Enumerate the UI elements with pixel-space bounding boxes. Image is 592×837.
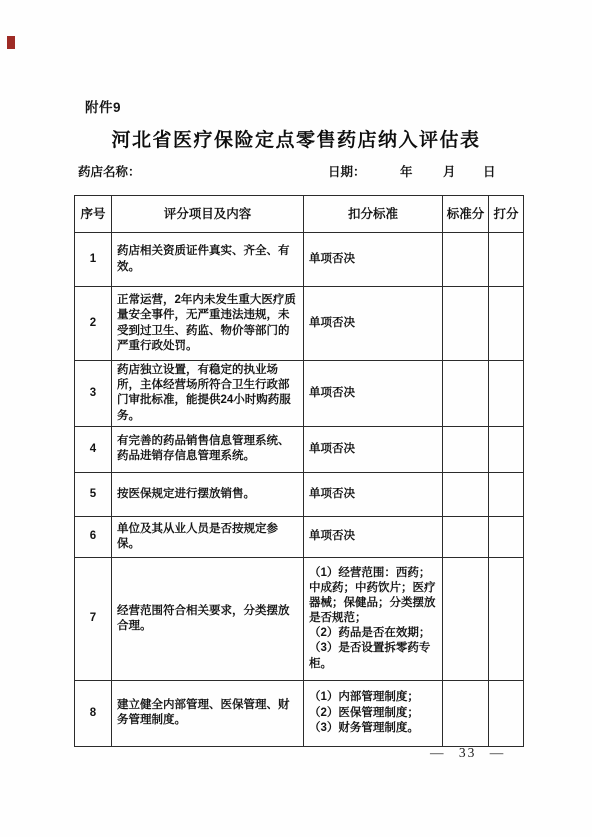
- row-score: [489, 426, 524, 472]
- row-score: [489, 516, 524, 557]
- row-no: 4: [75, 426, 112, 472]
- row-item: 药店独立设置，有稳定的执业场所，主体经营场所符合卫生行政部门审批标准，能提供24…: [112, 361, 304, 427]
- row-standard: （1）内部管理制度； （2）医保管理制度； （3）财务管理制度。: [304, 680, 443, 746]
- row-item: 建立健全内部管理、医保管理、财务管理制度。: [112, 680, 304, 746]
- row-no: 2: [75, 287, 112, 361]
- header-item: 评分项目及内容: [112, 196, 304, 233]
- row-standard: （1）经营范围：西药；中成药；中药饮片；医疗器械；保健品；分类摆放是否规范； （…: [304, 557, 443, 680]
- evaluation-table: 序号 评分项目及内容 扣分标准 标准分 打分 1 药店相关资质证件真实、齐全、有…: [74, 195, 524, 747]
- row-standard: 单项否决: [304, 516, 443, 557]
- row-standard: 单项否决: [304, 361, 443, 427]
- table-row: 6 单位及其从业人员是否按规定参保。 单项否决: [75, 516, 524, 557]
- attachment-label: 附件9: [85, 96, 121, 116]
- row-score: [489, 287, 524, 361]
- row-standard-score: [443, 426, 489, 472]
- date-month-label: 月: [443, 162, 456, 180]
- row-no: 1: [75, 233, 112, 287]
- date-label: 日期：: [328, 162, 366, 180]
- date-day-label: 日: [483, 162, 496, 180]
- row-no: 6: [75, 516, 112, 557]
- row-standard-score: [443, 516, 489, 557]
- row-item: 药店相关资质证件真实、齐全、有效。: [112, 233, 304, 287]
- row-item: 经营范围符合相关要求，分类摆放合理。: [112, 557, 304, 680]
- row-score: [489, 680, 524, 746]
- row-no: 8: [75, 680, 112, 746]
- row-score: [489, 557, 524, 680]
- row-score: [489, 472, 524, 516]
- page-title: 河北省医疗保险定点零售药店纳入评估表: [0, 125, 592, 152]
- page-number: — 33 —: [430, 745, 505, 761]
- table-row: 7 经营范围符合相关要求，分类摆放合理。 （1）经营范围：西药；中成药；中药饮片…: [75, 557, 524, 680]
- row-no: 3: [75, 361, 112, 427]
- table-header-row: 序号 评分项目及内容 扣分标准 标准分 打分: [75, 196, 524, 233]
- document-page: 附件9 河北省医疗保险定点零售药店纳入评估表 药店名称： 日期： 年 月 日 序…: [0, 0, 592, 837]
- row-standard: 单项否决: [304, 287, 443, 361]
- row-item: 有完善的药品销售信息管理系统、药品进销存信息管理系统。: [112, 426, 304, 472]
- row-item: 正常运营，2年内未发生重大医疗质量安全事件，无严重违法违规，未受到过卫生、药监、…: [112, 287, 304, 361]
- row-standard-score: [443, 557, 489, 680]
- table-row: 2 正常运营，2年内未发生重大医疗质量安全事件，无严重违法违规，未受到过卫生、药…: [75, 287, 524, 361]
- row-standard-score: [443, 361, 489, 427]
- info-line: 药店名称： 日期： 年 月 日: [0, 162, 592, 182]
- table-row: 1 药店相关资质证件真实、齐全、有效。 单项否决: [75, 233, 524, 287]
- row-item: 按医保规定进行摆放销售。: [112, 472, 304, 516]
- row-standard-score: [443, 233, 489, 287]
- row-standard-score: [443, 472, 489, 516]
- table-row: 4 有完善的药品销售信息管理系统、药品进销存信息管理系统。 单项否决: [75, 426, 524, 472]
- row-item: 单位及其从业人员是否按规定参保。: [112, 516, 304, 557]
- table-row: 5 按医保规定进行摆放销售。 单项否决: [75, 472, 524, 516]
- red-seal-fragment: [7, 36, 15, 49]
- header-standard-score: 标准分: [443, 196, 489, 233]
- header-score: 打分: [489, 196, 524, 233]
- row-score: [489, 361, 524, 427]
- pharmacy-name-label: 药店名称：: [78, 162, 141, 180]
- header-standard: 扣分标准: [304, 196, 443, 233]
- row-standard-score: [443, 680, 489, 746]
- row-standard: 单项否决: [304, 426, 443, 472]
- row-standard: 单项否决: [304, 233, 443, 287]
- date-year-label: 年: [400, 162, 413, 180]
- row-score: [489, 233, 524, 287]
- row-standard-score: [443, 287, 489, 361]
- header-no: 序号: [75, 196, 112, 233]
- table-row: 8 建立健全内部管理、医保管理、财务管理制度。 （1）内部管理制度； （2）医保…: [75, 680, 524, 746]
- row-no: 5: [75, 472, 112, 516]
- table-row: 3 药店独立设置，有稳定的执业场所，主体经营场所符合卫生行政部门审批标准，能提供…: [75, 361, 524, 427]
- row-standard: 单项否决: [304, 472, 443, 516]
- row-no: 7: [75, 557, 112, 680]
